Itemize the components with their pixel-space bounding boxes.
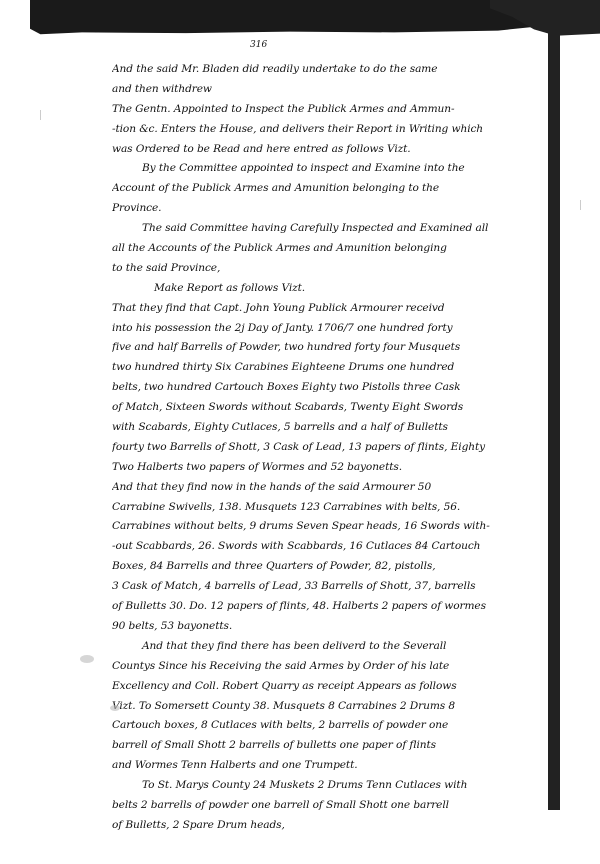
manuscript-line: barrell of Small Shott 2 barrells of bul… (112, 736, 544, 756)
scan-speck (80, 655, 94, 663)
manuscript-line: belts 2 barrells of powder one barrell o… (112, 796, 544, 816)
manuscript-line: was Ordered to be Read and here entred a… (112, 140, 544, 160)
manuscript-line: And that they find now in the hands of t… (112, 478, 544, 498)
manuscript-line: all the Accounts of the Publick Armes an… (112, 239, 544, 259)
manuscript-line: Boxes, 84 Barrells and three Quarters of… (112, 557, 544, 577)
manuscript-line: and then withdrew (112, 80, 544, 100)
manuscript-line: The Gentn. Appointed to Inspect the Publ… (112, 100, 544, 120)
manuscript-line: of Match, Sixteen Swords without Scabard… (112, 398, 544, 418)
manuscript-line: Countys Since his Receiving the said Arm… (112, 657, 544, 677)
page-number: 316 (250, 40, 267, 50)
manuscript-line: Carrabine Swivells, 138. Musquets 123 Ca… (112, 498, 544, 518)
manuscript-line: two hundred thirty Six Carabines Eightee… (112, 358, 544, 378)
manuscript-line: into his possession the 2j Day of Janty.… (112, 319, 544, 339)
manuscript-line: five and half Barrells of Powder, two hu… (112, 338, 544, 358)
manuscript-line: That they find that Capt. John Young Pub… (112, 299, 544, 319)
manuscript-line: Province. (112, 199, 544, 219)
manuscript-line: The said Committee having Carefully Insp… (112, 219, 544, 239)
scan-tick (40, 110, 41, 120)
manuscript-line: of Bulletts, 2 Spare Drum heads, (112, 816, 544, 836)
manuscript-line: 90 belts, 53 bayonetts. (112, 617, 544, 637)
manuscript-line: fourty two Barrells of Shott, 3 Cask of … (112, 438, 544, 458)
scan-right-edge-shadow (548, 30, 560, 810)
manuscript-line: Two Halberts two papers of Wormes and 52… (112, 458, 544, 478)
manuscript-line: of Bulletts 30. Do. 12 papers of flints,… (112, 597, 544, 617)
manuscript-line: and Wormes Tenn Halberts and one Trumpet… (112, 756, 544, 776)
scan-top-shadow (30, 0, 550, 36)
manuscript-line: To St. Marys County 24 Muskets 2 Drums T… (112, 776, 544, 796)
scan-speck (110, 705, 120, 711)
manuscript-line: Carrabines without belts, 9 drums Seven … (112, 517, 544, 537)
manuscript-line: -tion &c. Enters the House, and delivers… (112, 120, 544, 140)
manuscript-line: And that they find there has been delive… (112, 637, 544, 657)
manuscript-line: By the Committee appointed to inspect an… (112, 159, 544, 179)
manuscript-line: Cartouch boxes, 8 Cutlaces with belts, 2… (112, 716, 544, 736)
manuscript-line: Make Report as follows Vizt. (112, 279, 544, 299)
manuscript-line: Account of the Publick Armes and Amuniti… (112, 179, 544, 199)
manuscript-line: 3 Cask of Match, 4 barrells of Lead, 33 … (112, 577, 544, 597)
scan-tick (580, 200, 581, 210)
manuscript-body: And the said Mr. Bladen did readily unde… (112, 60, 544, 836)
manuscript-line: And the said Mr. Bladen did readily unde… (112, 60, 544, 80)
manuscript-line: Vizt. To Somersett County 38. Musquets 8… (112, 697, 544, 717)
manuscript-line: -out Scabbards, 26. Swords with Scabbard… (112, 537, 544, 557)
manuscript-line: to the said Province, (112, 259, 544, 279)
manuscript-line: with Scabards, Eighty Cutlaces, 5 barrel… (112, 418, 544, 438)
manuscript-line: Excellency and Coll. Robert Quarry as re… (112, 677, 544, 697)
manuscript-line: belts, two hundred Cartouch Boxes Eighty… (112, 378, 544, 398)
